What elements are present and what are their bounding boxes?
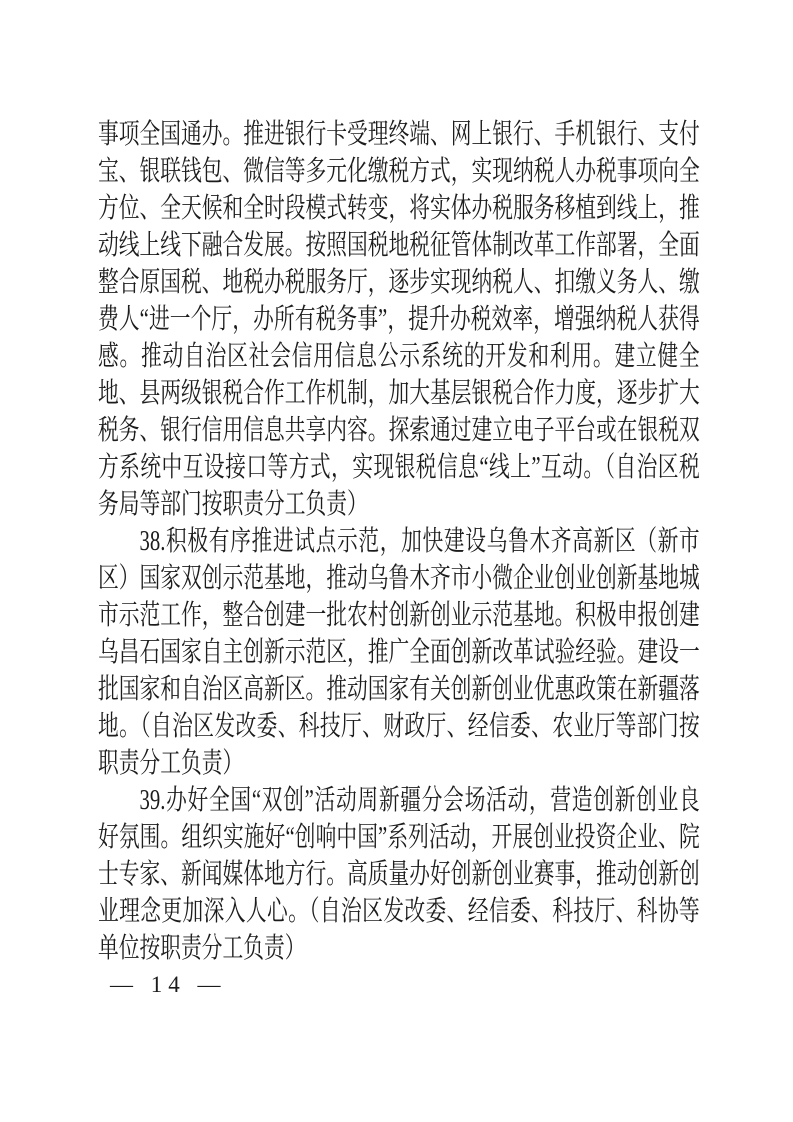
paragraph: 38.积极有序推进试点示范，加快建设乌鲁木齐高新区（新市区）国家双创示范基地，推…	[98, 523, 700, 782]
page-number: — 14 —	[110, 972, 227, 998]
paragraph: 39.办好全国“双创”活动周新疆分会场活动，营造创新创业良好氛围。组织实施好“创…	[98, 782, 700, 967]
document-body: 事项全国通办。推进银行卡受理终端、网上银行、手机银行、支付宝、银联钱包、微信等多…	[98, 116, 700, 967]
paragraph: 事项全国通办。推进银行卡受理终端、网上银行、手机银行、支付宝、银联钱包、微信等多…	[98, 116, 700, 523]
document-page: 事项全国通办。推进银行卡受理终端、网上银行、手机银行、支付宝、银联钱包、微信等多…	[0, 0, 793, 1122]
